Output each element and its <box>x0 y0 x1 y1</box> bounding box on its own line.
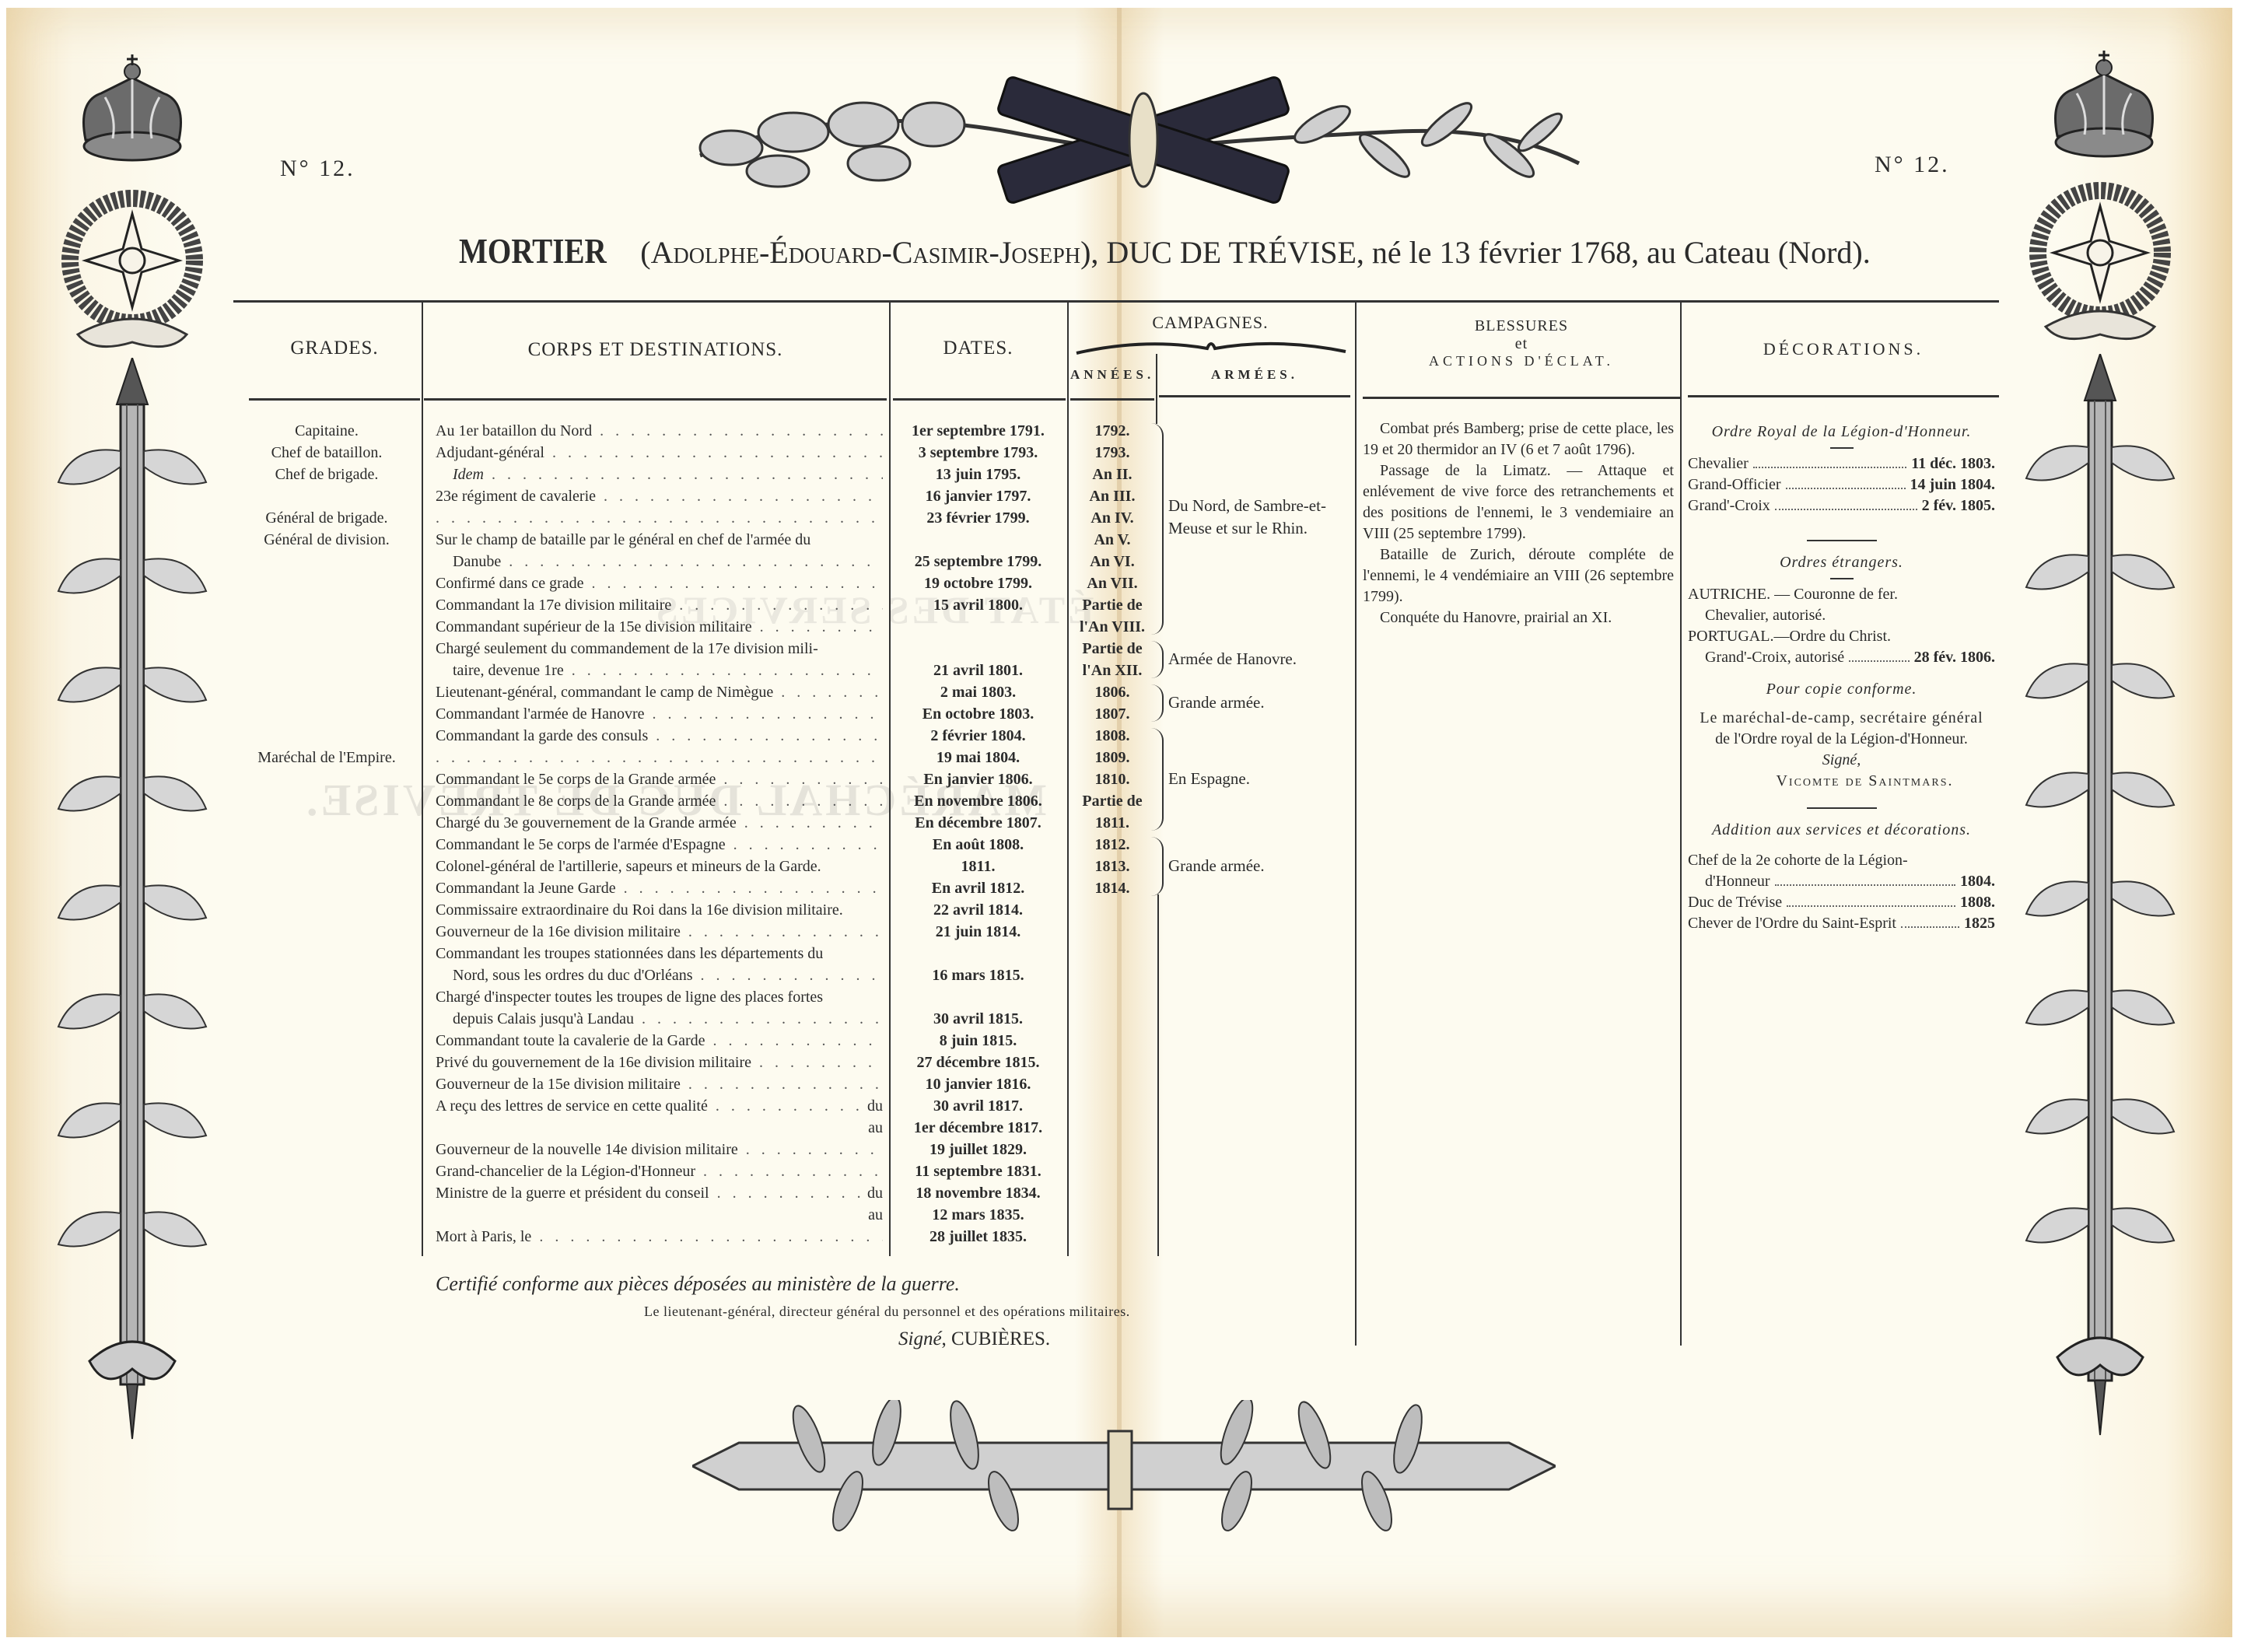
corps-text: Commandant le 5e corps de l'armée d'Espa… <box>436 836 726 853</box>
corps-cell: Gouverneur de la 16e division militaire … <box>436 921 883 943</box>
leader-dots: . . . . . . . . . . . . . . . . . . . . … <box>737 814 883 831</box>
annee-cell <box>1069 964 1156 986</box>
annee-cell: An III. <box>1069 485 1156 507</box>
directeur-line: Le lieutenant-général, directeur général… <box>644 1304 1130 1320</box>
date-cell <box>891 986 1066 1008</box>
date-cell: En novembre 1806. <box>891 790 1066 812</box>
grade-cell <box>233 1095 420 1117</box>
date-cell: 21 juin 1814. <box>891 921 1066 943</box>
date-cell: 19 mai 1804. <box>891 747 1066 768</box>
leader-dots: . . . . . . . . . . . . . . . . . . . . … <box>705 1032 883 1049</box>
secretaire-line: Le maréchal-de-camp, secrétaire général <box>1688 708 1995 729</box>
leader-dots: . . . . . . . . . . . . . . . . . . . . … <box>681 923 883 940</box>
brace-icon <box>1151 837 1164 896</box>
date-cell: 13 juin 1795. <box>891 464 1066 485</box>
annee-cell: 1809. <box>1069 747 1156 768</box>
corps-text: Commandant la Jeune Garde <box>436 880 616 897</box>
corps-text: Gouverneur de la 16e division militaire <box>436 923 681 940</box>
corps-text: Adjudant-général <box>436 444 544 461</box>
grade-cell <box>233 703 420 725</box>
date-cell <box>891 529 1066 551</box>
corps-text: Commandant le 8e corps de la Grande armé… <box>436 793 716 810</box>
corps-cell: Grand-chancelier de la Légion-d'Honneur … <box>436 1160 883 1182</box>
annee-cell: l'An VIII. <box>1069 616 1156 638</box>
date-cell: En décembre 1807. <box>891 812 1066 834</box>
annee-cell: An V. <box>1069 529 1156 551</box>
table-top-rule <box>233 300 1999 303</box>
corps-text: depuis Calais jusqu'à Landau <box>453 1010 634 1027</box>
annee-cell: Partie de <box>1069 790 1156 812</box>
column-header-grades: GRADES. <box>249 338 420 359</box>
date-cell: 30 avril 1815. <box>891 1008 1066 1030</box>
corps-cell: Commandant supérieur de la 15e division … <box>436 616 883 638</box>
corps-cell: Chargé d'inspecter toutes les troupes de… <box>436 986 883 1008</box>
grade-cell <box>233 1073 420 1095</box>
column-header-dates: DATES. <box>891 338 1066 359</box>
grade-cell: Général de division. <box>233 529 420 551</box>
secretaire-line: de l'Ordre royal de la Légion-d'Honneur. <box>1688 729 1995 750</box>
annee-cell: 1808. <box>1069 725 1156 747</box>
annee-cell: 1814. <box>1069 877 1156 899</box>
corps-cell: Mort à Paris, le . . . . . . . . . . . .… <box>436 1226 883 1248</box>
date-cell: 23 février 1799. <box>891 507 1066 529</box>
addition-row: Duc de Trévise1808. <box>1688 892 1995 913</box>
date-cell: 16 janvier 1797. <box>891 485 1066 507</box>
corps-cell: . . . . . . . . . . . . . . . . . . . . … <box>436 747 883 768</box>
annee-cell: 1806. <box>1069 681 1156 703</box>
corps-text: A reçu des lettres de service en cette q… <box>436 1097 708 1115</box>
leader-dots: . . . . . . . . . . . . . . . . . . . . … <box>708 1097 883 1115</box>
grade-cell <box>233 551 420 572</box>
armee-label: Grande armée. <box>1168 855 1347 877</box>
range-suffix: au <box>865 1204 883 1226</box>
leader-dots: . . . . . . . . . . . . . . . . . . . . … <box>671 597 883 614</box>
fasces-laurel-column-icon <box>2011 354 2190 1474</box>
date-cell: 1er septembre 1791. <box>891 420 1066 442</box>
armee-label: Armée de Hanovre. <box>1168 648 1347 670</box>
annee-cell: 1792. <box>1069 420 1156 442</box>
annee-cell <box>1069 1030 1156 1052</box>
corps-text: Ministre de la guerre et président du co… <box>436 1185 709 1202</box>
annee-cell: Partie de <box>1069 638 1156 660</box>
corps-text: Idem <box>453 466 484 483</box>
date-cell: 8 juin 1815. <box>891 1030 1066 1052</box>
signature-line: Signé, CUBIÈRES. <box>898 1328 1050 1350</box>
corps-text: Privé du gouvernement de la 16e division… <box>436 1054 751 1071</box>
decorations-section: Ordre Royal de la Légion-d'Honneur. Chev… <box>1688 422 1995 934</box>
grade-cell <box>233 1008 420 1030</box>
leader-dots: . . . . . . . . . . . . . . . . . . . . … <box>596 488 883 505</box>
corps-cell: Commandant le 8e corps de la Grande armé… <box>436 790 883 812</box>
annee-cell: l'An XII. <box>1069 660 1156 681</box>
annee-cell <box>1069 1052 1156 1073</box>
grade-cell <box>233 856 420 877</box>
header-line: BLESSURES <box>1363 317 1680 335</box>
date-cell <box>891 638 1066 660</box>
brace-icon <box>1075 336 1347 359</box>
corps-text: Nord, sous les ordres du duc d'Orléans <box>453 967 693 984</box>
corps-text: Commandant toute la cavalerie de la Gard… <box>436 1032 705 1049</box>
grade-cell <box>233 986 420 1008</box>
leader-dots: . . . . . . . . . . . . . . . . . . . . … <box>484 466 883 483</box>
decoration-row: Chevalier11 déc. 1803. <box>1688 453 1995 474</box>
leader-dots: . . . . . . . . . . . . . . . . . . . . … <box>583 575 883 592</box>
copie-conforme: Pour copie conforme. <box>1688 679 1995 700</box>
annee-cell: An VII. <box>1069 572 1156 594</box>
legion-of-honour-cross-icon <box>2022 179 2178 358</box>
grade-cell <box>233 790 420 812</box>
grade-cell <box>233 1182 420 1204</box>
leader-dots: . . . . . . . . . . . . . . . . . . . . … <box>531 1228 883 1245</box>
annee-cell: 1813. <box>1069 856 1156 877</box>
annee-cell <box>1069 899 1156 921</box>
header-rule <box>1070 398 1154 401</box>
corps-cell: Gouverneur de la nouvelle 14e division m… <box>436 1139 883 1160</box>
annee-cell: Partie de <box>1069 594 1156 616</box>
annee-cell <box>1069 1182 1156 1204</box>
column-divider <box>1355 300 1357 1346</box>
given-names: (Adolphe-Édouard-Casimir-Joseph), <box>640 235 1098 270</box>
date-cell: 30 avril 1817. <box>891 1095 1066 1117</box>
date-cell: 25 septembre 1799. <box>891 551 1066 572</box>
corps-cell: Commandant le 5e corps de la Grande armé… <box>436 768 883 790</box>
corps-cell: au <box>436 1117 883 1139</box>
corps-text: Commandant supérieur de la 15e division … <box>436 618 752 635</box>
annee-cell: An IV. <box>1069 507 1156 529</box>
addition-label: Duc de Trévise <box>1688 892 1782 913</box>
blessure-item: Conquéte du Hanovre, prairial an XI. <box>1363 607 1674 628</box>
corps-cell: Commandant la Jeune Garde . . . . . . . … <box>436 877 883 899</box>
grade-cell <box>233 877 420 899</box>
blessure-item: Bataille de Zurich, déroute compléte de … <box>1363 544 1674 607</box>
date-cell: En août 1808. <box>891 834 1066 856</box>
divider <box>1807 540 1877 541</box>
corps-text: Gouverneur de la 15e division militaire <box>436 1076 681 1093</box>
corps-cell: Commandant la garde des consuls . . . . … <box>436 725 883 747</box>
corps-text: Confirmé dans ce grade <box>436 575 583 592</box>
decoration-date: 11 déc. 1803. <box>1911 453 1995 474</box>
annee-cell: 1793. <box>1069 442 1156 464</box>
grade-cell <box>233 485 420 507</box>
date-cell: 10 janvier 1816. <box>891 1073 1066 1095</box>
decoration-date: 14 juin 1804. <box>1910 474 1995 495</box>
addition-date: 1804. <box>1960 871 1995 892</box>
corps-cell: Chargé du 3e gouvernement de la Grande a… <box>436 812 883 834</box>
foreign-order-detail: Chevalier, autorisé. <box>1688 605 1995 626</box>
corps-cell: au <box>436 1204 883 1226</box>
column-header-blessures: BLESSURES et ACTIONS D'ÉCLAT. <box>1363 317 1680 369</box>
header-rule <box>424 398 887 401</box>
corps-cell: Commissaire extraordinaire du Roi dans l… <box>436 899 883 921</box>
addition-date: 1825 <box>1964 913 1995 934</box>
corps-text: Commandant les troupes stationnées dans … <box>436 945 823 962</box>
corps-cell: Nord, sous les ordres du duc d'Orléans .… <box>436 964 883 986</box>
grade-cell <box>233 638 420 660</box>
blessure-item: Combat prés Bamberg; prise de cette plac… <box>1363 418 1674 460</box>
annee-cell <box>1069 986 1156 1008</box>
corps-cell: . . . . . . . . . . . . . . . . . . . . … <box>436 507 883 529</box>
grade-cell: Capitaine. <box>233 420 420 442</box>
addition-date: 1808. <box>1960 892 1995 913</box>
date-cell: 18 novembre 1834. <box>891 1182 1066 1204</box>
annee-cell: 1807. <box>1069 703 1156 725</box>
leader-dots: . . . . . . . . . . . . . . . . . . . . … <box>709 1185 883 1202</box>
date-cell: 28 juillet 1835. <box>891 1226 1066 1248</box>
grade-cell: Général de brigade. <box>233 507 420 529</box>
corps-text: Chargé d'inspecter toutes les troupes de… <box>436 989 823 1006</box>
grade-cell <box>233 834 420 856</box>
corps-cell: depuis Calais jusqu'à Landau . . . . . .… <box>436 1008 883 1030</box>
grade-cell <box>233 1052 420 1073</box>
corps-cell: Adjudant-général . . . . . . . . . . . .… <box>436 442 883 464</box>
column-divider <box>1157 894 1159 1256</box>
addition-row: d'Honneur1804. <box>1688 871 1995 892</box>
legion-of-honour-cross-icon <box>54 187 210 366</box>
grade-cell <box>233 681 420 703</box>
grade-cell <box>233 964 420 986</box>
grade-cell <box>233 899 420 921</box>
grade-cell <box>233 660 420 681</box>
page-number-left: N° 12. <box>280 156 355 182</box>
header-rule <box>249 398 420 401</box>
leader-dots: . . . . . . . . . . . . . . . . . . . . … <box>681 1076 883 1093</box>
grade-cell <box>233 1117 420 1139</box>
decoration-date: 28 fév. 1806. <box>1914 647 1995 668</box>
annee-cell <box>1069 1226 1156 1248</box>
date-cell: 19 juillet 1829. <box>891 1139 1066 1160</box>
leader-dots: . . . . . . . . . . . . . . . . . . . . … <box>648 727 883 744</box>
leader-dots: . . . . . . . . . . . . . . . . . . . . … <box>716 771 883 788</box>
leader-dots: . . . . . . . . . . . . . . . . . . . . … <box>616 880 883 897</box>
corps-cell: Commandant la 17e division militaire . .… <box>436 594 883 616</box>
range-suffix: du <box>864 1182 883 1204</box>
signataire: , CUBIÈRES. <box>942 1328 1051 1349</box>
decoration-row: Grand'-Croix2 fév. 1805. <box>1688 495 1995 516</box>
grade-cell: Maréchal de l'Empire. <box>233 747 420 768</box>
brace-icon <box>1151 728 1164 831</box>
column-header-decorations: DÉCORATIONS. <box>1688 339 1999 359</box>
leader-dots: . . . . . . . . . . . . . . . . . . . . … <box>436 749 883 766</box>
armee-label: Grande armée. <box>1168 691 1347 714</box>
grade-cell <box>233 943 420 964</box>
crown-icon <box>70 54 194 171</box>
signe-label: Signé, <box>1688 750 1995 771</box>
column-divider <box>422 302 423 1256</box>
leader-dots: . . . . . . . . . . . . . . . . . . . . … <box>645 705 883 723</box>
leader-dots: . . . . . . . . . . . . . . . . . . . . … <box>634 1010 883 1027</box>
corps-cell: Commandant les troupes stationnées dans … <box>436 943 883 964</box>
corps-text: Danube <box>453 553 501 570</box>
corps-text: Au 1er bataillon du Nord <box>436 422 592 439</box>
fasces-laurel-column-icon <box>43 358 222 1478</box>
date-cell: 1811. <box>891 856 1066 877</box>
corps-cell: Commandant l'armée de Hanovre . . . . . … <box>436 703 883 725</box>
column-header-corps: CORPS ET DESTINATIONS. <box>424 339 887 361</box>
divider <box>1830 578 1854 579</box>
column-divider <box>1680 300 1682 1346</box>
annee-cell <box>1069 1008 1156 1030</box>
leader-dots: . . . . . . . . . . . . . . . . . . . . … <box>773 684 883 701</box>
grade-cell <box>233 1226 420 1248</box>
date-cell: 12 mars 1835. <box>891 1204 1066 1226</box>
addition-title: Addition aux services et décorations. <box>1688 820 1995 841</box>
date-cell: 27 décembre 1815. <box>891 1052 1066 1073</box>
header-line: ACTIONS D'ÉCLAT. <box>1363 353 1680 369</box>
divider <box>1830 447 1854 449</box>
corps-text: Colonel-général de l'artillerie, sapeurs… <box>436 858 821 875</box>
date-cell <box>891 943 1066 964</box>
leader-dots: . . . . . . . . . . . . . . . . . . . . … <box>693 967 883 984</box>
page-title: MORTIER (Adolphe-Édouard-Casimir-Joseph)… <box>459 230 1871 271</box>
divider <box>1807 807 1877 809</box>
batons-oak-laurel-wreath-icon <box>684 70 1602 210</box>
date-cell: 11 septembre 1831. <box>891 1160 1066 1182</box>
corps-text: Commissaire extraordinaire du Roi dans l… <box>436 901 843 919</box>
certification-line: Certifié conforme aux pièces déposées au… <box>436 1272 960 1296</box>
annee-cell <box>1069 943 1156 964</box>
corps-cell: Ministre de la guerre et président du co… <box>436 1182 883 1204</box>
leader-dots: . . . . . . . . . . . . . . . . . . . . … <box>544 444 883 461</box>
corps-cell: Privé du gouvernement de la 16e division… <box>436 1052 883 1073</box>
corps-text: Commandant la garde des consuls <box>436 727 648 744</box>
date-cell: 16 mars 1815. <box>891 964 1066 986</box>
column-header-campagnes: CAMPAGNES. <box>1070 313 1350 333</box>
corps-text: Grand-chancelier de la Légion-d'Honneur <box>436 1163 695 1180</box>
decoration-label: Grand-Officier <box>1688 474 1781 495</box>
corps-cell: Commandant toute la cavalerie de la Gard… <box>436 1030 883 1052</box>
corps-text: Gouverneur de la nouvelle 14e division m… <box>436 1141 738 1158</box>
corps-text: Commandant le 5e corps de la Grande armé… <box>436 771 716 788</box>
date-cell: 15 avril 1800. <box>891 594 1066 616</box>
decoration-label: Chevalier <box>1688 453 1749 474</box>
leader-dots: . . . . . . . . . . . . . . . . . . . . … <box>436 509 883 527</box>
annee-cell: An II. <box>1069 464 1156 485</box>
corps-cell: Confirmé dans ce grade . . . . . . . . .… <box>436 572 883 594</box>
brace-icon <box>1151 423 1164 635</box>
corps-text: 23e régiment de cavalerie <box>436 488 596 505</box>
leader-dots: . . . . . . . . . . . . . . . . . . . . … <box>751 1054 883 1071</box>
signataire: Vicomte de Saintmars. <box>1688 771 1995 792</box>
annee-cell: 1811. <box>1069 812 1156 834</box>
corps-cell: Danube . . . . . . . . . . . . . . . . .… <box>436 551 883 572</box>
leader-dots: . . . . . . . . . . . . . . . . . . . . … <box>695 1163 883 1180</box>
grade-cell <box>233 1030 420 1052</box>
grade-cell <box>233 921 420 943</box>
corps-cell: Chargé seulement du commandement de la 1… <box>436 638 883 660</box>
title-rest: DUC DE TRÉVISE, né le 13 février 1768, a… <box>1106 235 1870 270</box>
addition-row: Chever de l'Ordre du Saint-Esprit1825 <box>1688 913 1995 934</box>
corps-text: Mort à Paris, le <box>436 1228 531 1245</box>
fasces-palms-ribbon-icon <box>692 1400 1556 1532</box>
corps-text: Chargé seulement du commandement de la 1… <box>436 640 818 657</box>
grade-cell <box>233 1160 420 1182</box>
header-rule <box>1363 397 1680 399</box>
date-cell: 3 septembre 1793. <box>891 442 1066 464</box>
corps-cell: A reçu des lettres de service en cette q… <box>436 1095 883 1117</box>
corps-cell: Sur le champ de bataille par le général … <box>436 529 883 551</box>
header-rule <box>893 398 1066 401</box>
corps-text: Commandant la 17e division militaire <box>436 597 671 614</box>
header-line: et <box>1363 335 1680 353</box>
leader-dots: . . . . . . . . . . . . . . . . . . . . … <box>752 618 883 635</box>
corps-cell: Colonel-général de l'artillerie, sapeurs… <box>436 856 883 877</box>
column-header-armees: ARMÉES. <box>1159 367 1350 383</box>
decoration-row: Grand-Officier14 juin 1804. <box>1688 474 1995 495</box>
annee-cell: 1812. <box>1069 834 1156 856</box>
signe-label: Signé <box>898 1328 942 1349</box>
column-divider <box>1156 354 1157 424</box>
grade-cell: Chef de bataillon. <box>233 442 420 464</box>
decoration-label: Grand'-Croix <box>1688 495 1770 516</box>
foreign-order: AUTRICHE. — Couronne de fer. <box>1688 584 1995 605</box>
date-cell <box>891 616 1066 638</box>
leader-dots: . . . . . . . . . . . . . . . . . . . . … <box>501 553 883 570</box>
corps-cell: Idem . . . . . . . . . . . . . . . . . .… <box>436 464 883 485</box>
annee-cell <box>1069 1073 1156 1095</box>
addition-label: Chef de la 2e cohorte de la Légion- <box>1688 850 1995 871</box>
leader-dots: . . . . . . . . . . . . . . . . . . . . … <box>564 662 883 679</box>
date-cell: En janvier 1806. <box>891 768 1066 790</box>
blessures-list: Combat prés Bamberg; prise de cette plac… <box>1363 418 1674 628</box>
header-rule <box>1688 395 1999 397</box>
grade-cell <box>233 725 420 747</box>
leader-dots: . . . . . . . . . . . . . . . . . . . . … <box>738 1141 883 1158</box>
armee-label: En Espagne. <box>1168 768 1347 790</box>
date-cell: En octobre 1803. <box>891 703 1066 725</box>
corps-cell: taire, devenue 1re . . . . . . . . . . .… <box>436 660 883 681</box>
foreign-title: Ordres étrangers. <box>1688 552 1995 573</box>
grade-cell <box>233 594 420 616</box>
corps-text: Chargé du 3e gouvernement de la Grande a… <box>436 814 737 831</box>
legion-title: Ordre Royal de la Légion-d'Honneur. <box>1688 422 1995 443</box>
date-cell: 21 avril 1801. <box>891 660 1066 681</box>
addition-label: d'Honneur <box>1705 871 1770 892</box>
range-suffix: au <box>865 1117 883 1139</box>
blessure-item: Passage de la Limatz. — Attaque et enlév… <box>1363 460 1674 544</box>
corps-cell: Commandant le 5e corps de l'armée d'Espa… <box>436 834 883 856</box>
annee-cell: 1810. <box>1069 768 1156 790</box>
date-cell: 2 mai 1803. <box>891 681 1066 703</box>
page-number-right: N° 12. <box>1875 152 1950 178</box>
annee-cell <box>1069 921 1156 943</box>
leader-dots: . . . . . . . . . . . . . . . . . . . . … <box>716 793 883 810</box>
column-header-annees: ANNÉES. <box>1070 367 1154 383</box>
date-cell: 2 février 1804. <box>891 725 1066 747</box>
grade-cell <box>233 1139 420 1160</box>
decoration-date: 2 fév. 1805. <box>1922 495 1995 516</box>
annee-cell <box>1069 1204 1156 1226</box>
decoration-row: Grand'-Croix, autorisé28 fév. 1806. <box>1688 647 1995 668</box>
grade-cell <box>233 572 420 594</box>
annee-cell <box>1069 1139 1156 1160</box>
annee-cell <box>1069 1160 1156 1182</box>
grade-cell: Chef de brigade. <box>233 464 420 485</box>
annee-cell: An VI. <box>1069 551 1156 572</box>
corps-text: taire, devenue 1re <box>453 662 564 679</box>
corps-text: Lieutenant-général, commandant le camp d… <box>436 684 773 701</box>
addition-label: Chever de l'Ordre du Saint-Esprit <box>1688 913 1896 934</box>
corps-cell: Au 1er bataillon du Nord . . . . . . . .… <box>436 420 883 442</box>
date-cell: 1er décembre 1817. <box>891 1117 1066 1139</box>
header-rule <box>1159 395 1350 397</box>
armee-label: Du Nord, de Sambre-et-Meuse et sur le Rh… <box>1168 495 1347 540</box>
crown-icon <box>2042 51 2166 167</box>
grade-cell <box>233 812 420 834</box>
foreign-order-detail: Grand'-Croix, autorisé <box>1705 647 1844 668</box>
corps-cell: Lieutenant-général, commandant le camp d… <box>436 681 883 703</box>
corps-cell: Gouverneur de la 15e division militaire … <box>436 1073 883 1095</box>
date-cell: 19 octobre 1799. <box>891 572 1066 594</box>
